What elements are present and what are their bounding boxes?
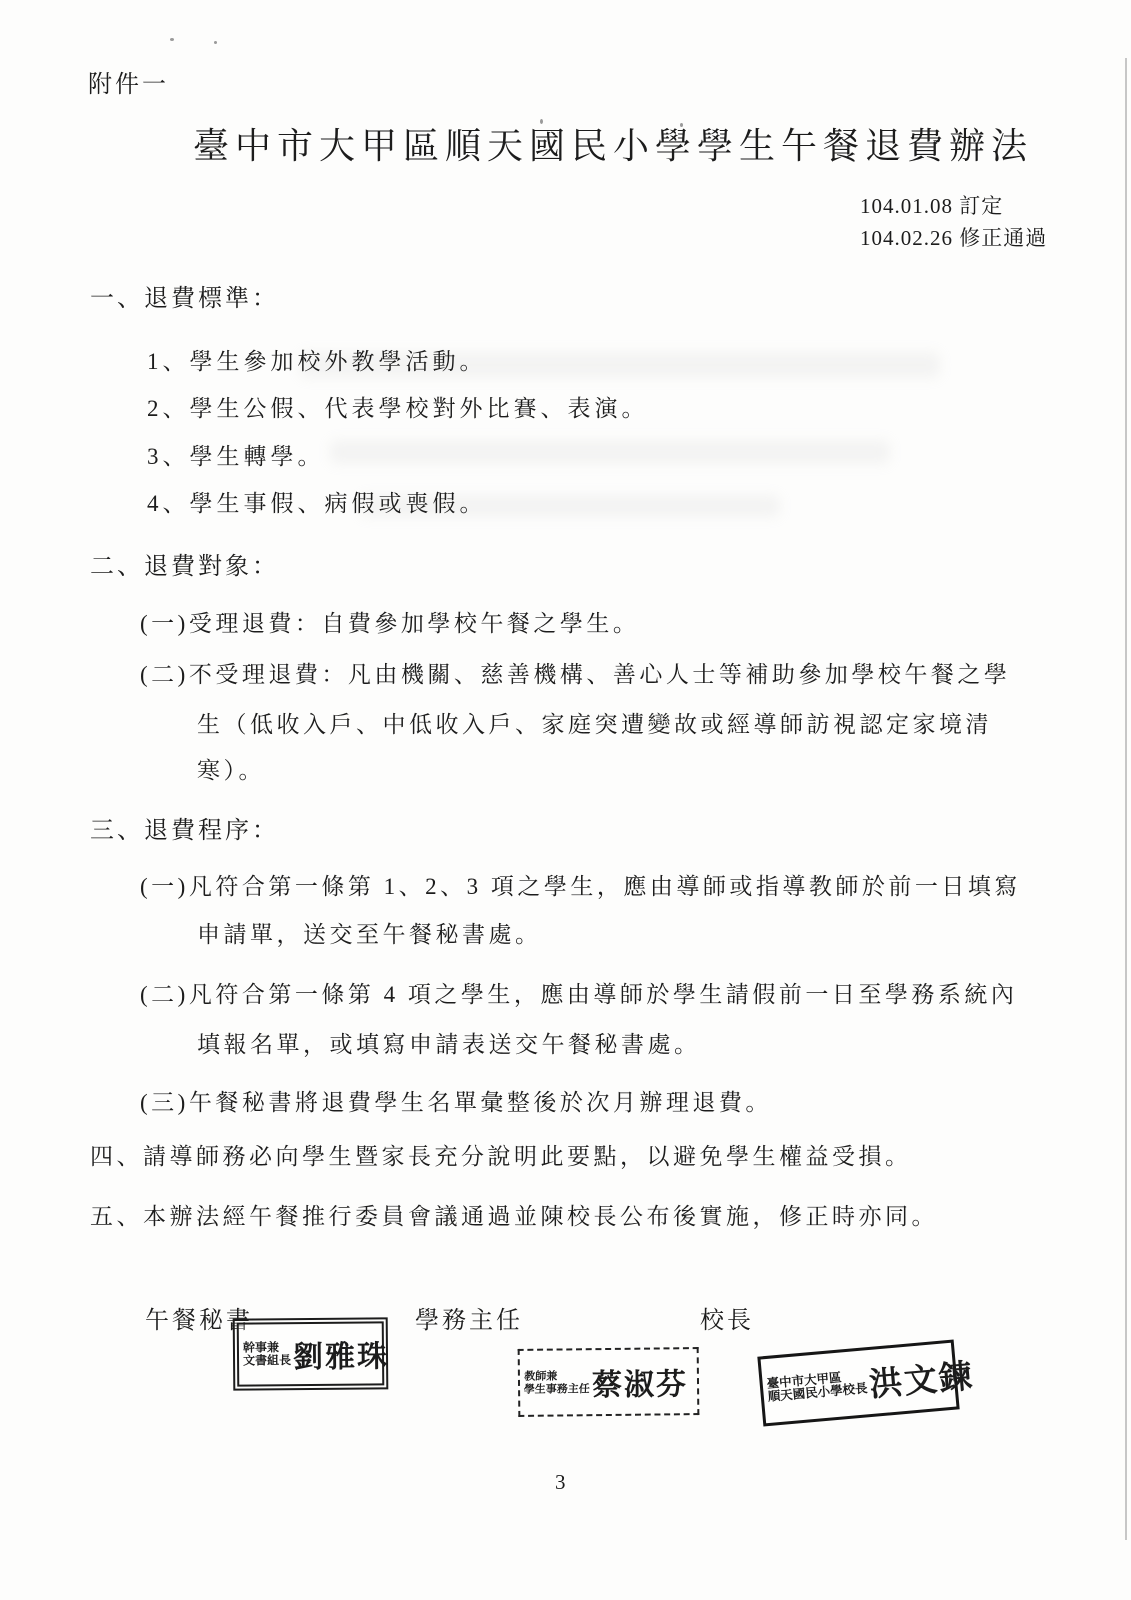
section3-item-2-line1: (二)凡符合第一條第 4 項之學生，應由導師於學生請假前一日至學務系統內 <box>140 976 1017 1009</box>
section2-item-2-line2: 生（低收入戶、中低收入戶、家庭突遭變故或經導師訪視認定家境清 <box>197 706 992 739</box>
section2-item-1: (一)受理退費：自費參加學校午餐之學生。 <box>140 605 639 638</box>
stamp-name: 洪文鍊 <box>867 1350 976 1406</box>
stamp-lunch-secretary: 幹事兼 文書組長 劉雅珠 <box>237 1321 385 1386</box>
section5-text: 五、本辦法經午餐推行委員會議通過並陳校長公布後實施，修正時亦同。 <box>90 1198 938 1231</box>
revision-date-amended: 104.02.26 修正通過 <box>860 222 1047 252</box>
revision-date-enacted: 104.01.08 訂定 <box>860 190 1003 220</box>
stamp-name: 蔡淑芬 <box>592 1359 688 1404</box>
stamp-title-text: 教師兼 學生事務主任 <box>523 1370 590 1396</box>
signature-role-principal: 校長 <box>700 1300 754 1335</box>
section3-item-1-line2: 申請單，送交至午餐秘書處。 <box>197 916 542 949</box>
scan-artifact-vertical-line <box>1125 58 1127 1540</box>
section2-item-2-line3: 寒）。 <box>197 752 265 785</box>
stamp-academic-affairs-director: 教師兼 學生事務主任 蔡淑芬 <box>518 1347 700 1417</box>
document-title: 臺中市大甲區順天國民小學學生午餐退費辦法 <box>193 118 1033 169</box>
attachment-label: 附件一 <box>88 64 169 99</box>
section2-heading: 二、退費對象： <box>90 546 279 581</box>
page-number: 3 <box>555 1470 566 1495</box>
signature-role-academic-affairs-director: 學務主任 <box>415 1300 523 1335</box>
section1-item-1: 1、學生參加校外教學活動。 <box>147 343 487 376</box>
scanned-document-page: 附件一 臺中市大甲區順天國民小學學生午餐退費辦法 104.01.08 訂定 10… <box>0 0 1131 1600</box>
section1-item-4: 4、學生事假、病假或喪假。 <box>147 485 487 518</box>
section3-item-1-line1: (一)凡符合第一條第 1、2、3 項之學生，應由導師或指導教師於前一日填寫 <box>140 868 1021 901</box>
stamp-title-text: 臺中市大甲區 順天國民小學校長 <box>766 1369 868 1405</box>
stamp-name: 劉雅珠 <box>293 1331 389 1376</box>
stamp-title-line1: 教師兼 <box>524 1370 591 1383</box>
section1-item-2: 2、學生公假、代表學校對外比賽、表演。 <box>147 390 649 423</box>
scan-speck <box>214 41 217 44</box>
stamp-title-line2: 學生事務主任 <box>523 1382 590 1395</box>
section3-heading: 三、退費程序： <box>90 810 279 845</box>
section3-item-2-line2: 填報名單，或填寫申請表送交午餐秘書處。 <box>197 1026 701 1059</box>
section1-heading: 一、退費標準： <box>90 278 279 313</box>
scan-speck <box>170 38 174 41</box>
stamp-title-text: 幹事兼 文書組長 <box>243 1341 291 1367</box>
section2-item-2-line1: (二)不受理退費：凡由機關、慈善機構、善心人士等補助參加學校午餐之學 <box>140 656 1010 689</box>
stamp-title-line2: 文書組長 <box>243 1354 291 1367</box>
section4-text: 四、請導師務必向學生暨家長充分說明此要點，以避免學生權益受損。 <box>90 1138 912 1171</box>
stamp-principal: 臺中市大甲區 順天國民小學校長 洪文鍊 <box>757 1340 959 1427</box>
section1-item-3: 3、學生轉學。 <box>147 438 325 471</box>
scan-bleedthrough-smudge <box>330 440 890 464</box>
section3-item-3: (三)午餐秘書將退費學生名單彙整後於次月辦理退費。 <box>140 1084 772 1117</box>
